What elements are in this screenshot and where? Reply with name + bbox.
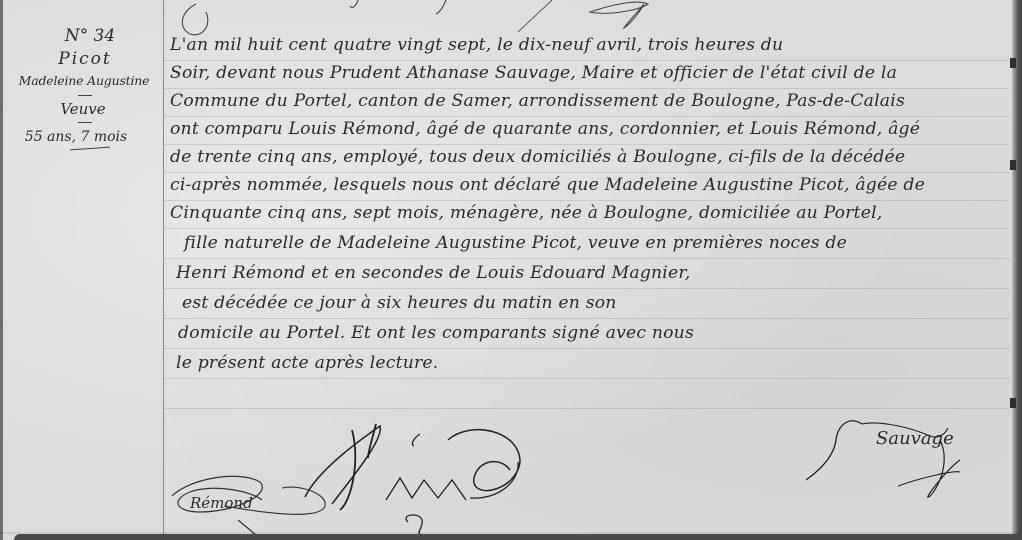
signature-left: Rémond [190, 494, 253, 512]
viewer-bottom-bar [14, 534, 1022, 540]
document-scan: N° 34 Picot Madeleine Augustine Veuve 55… [0, 0, 1022, 540]
signature-flourishes [0, 0, 1022, 540]
signature-right: Sauvage [876, 428, 954, 449]
